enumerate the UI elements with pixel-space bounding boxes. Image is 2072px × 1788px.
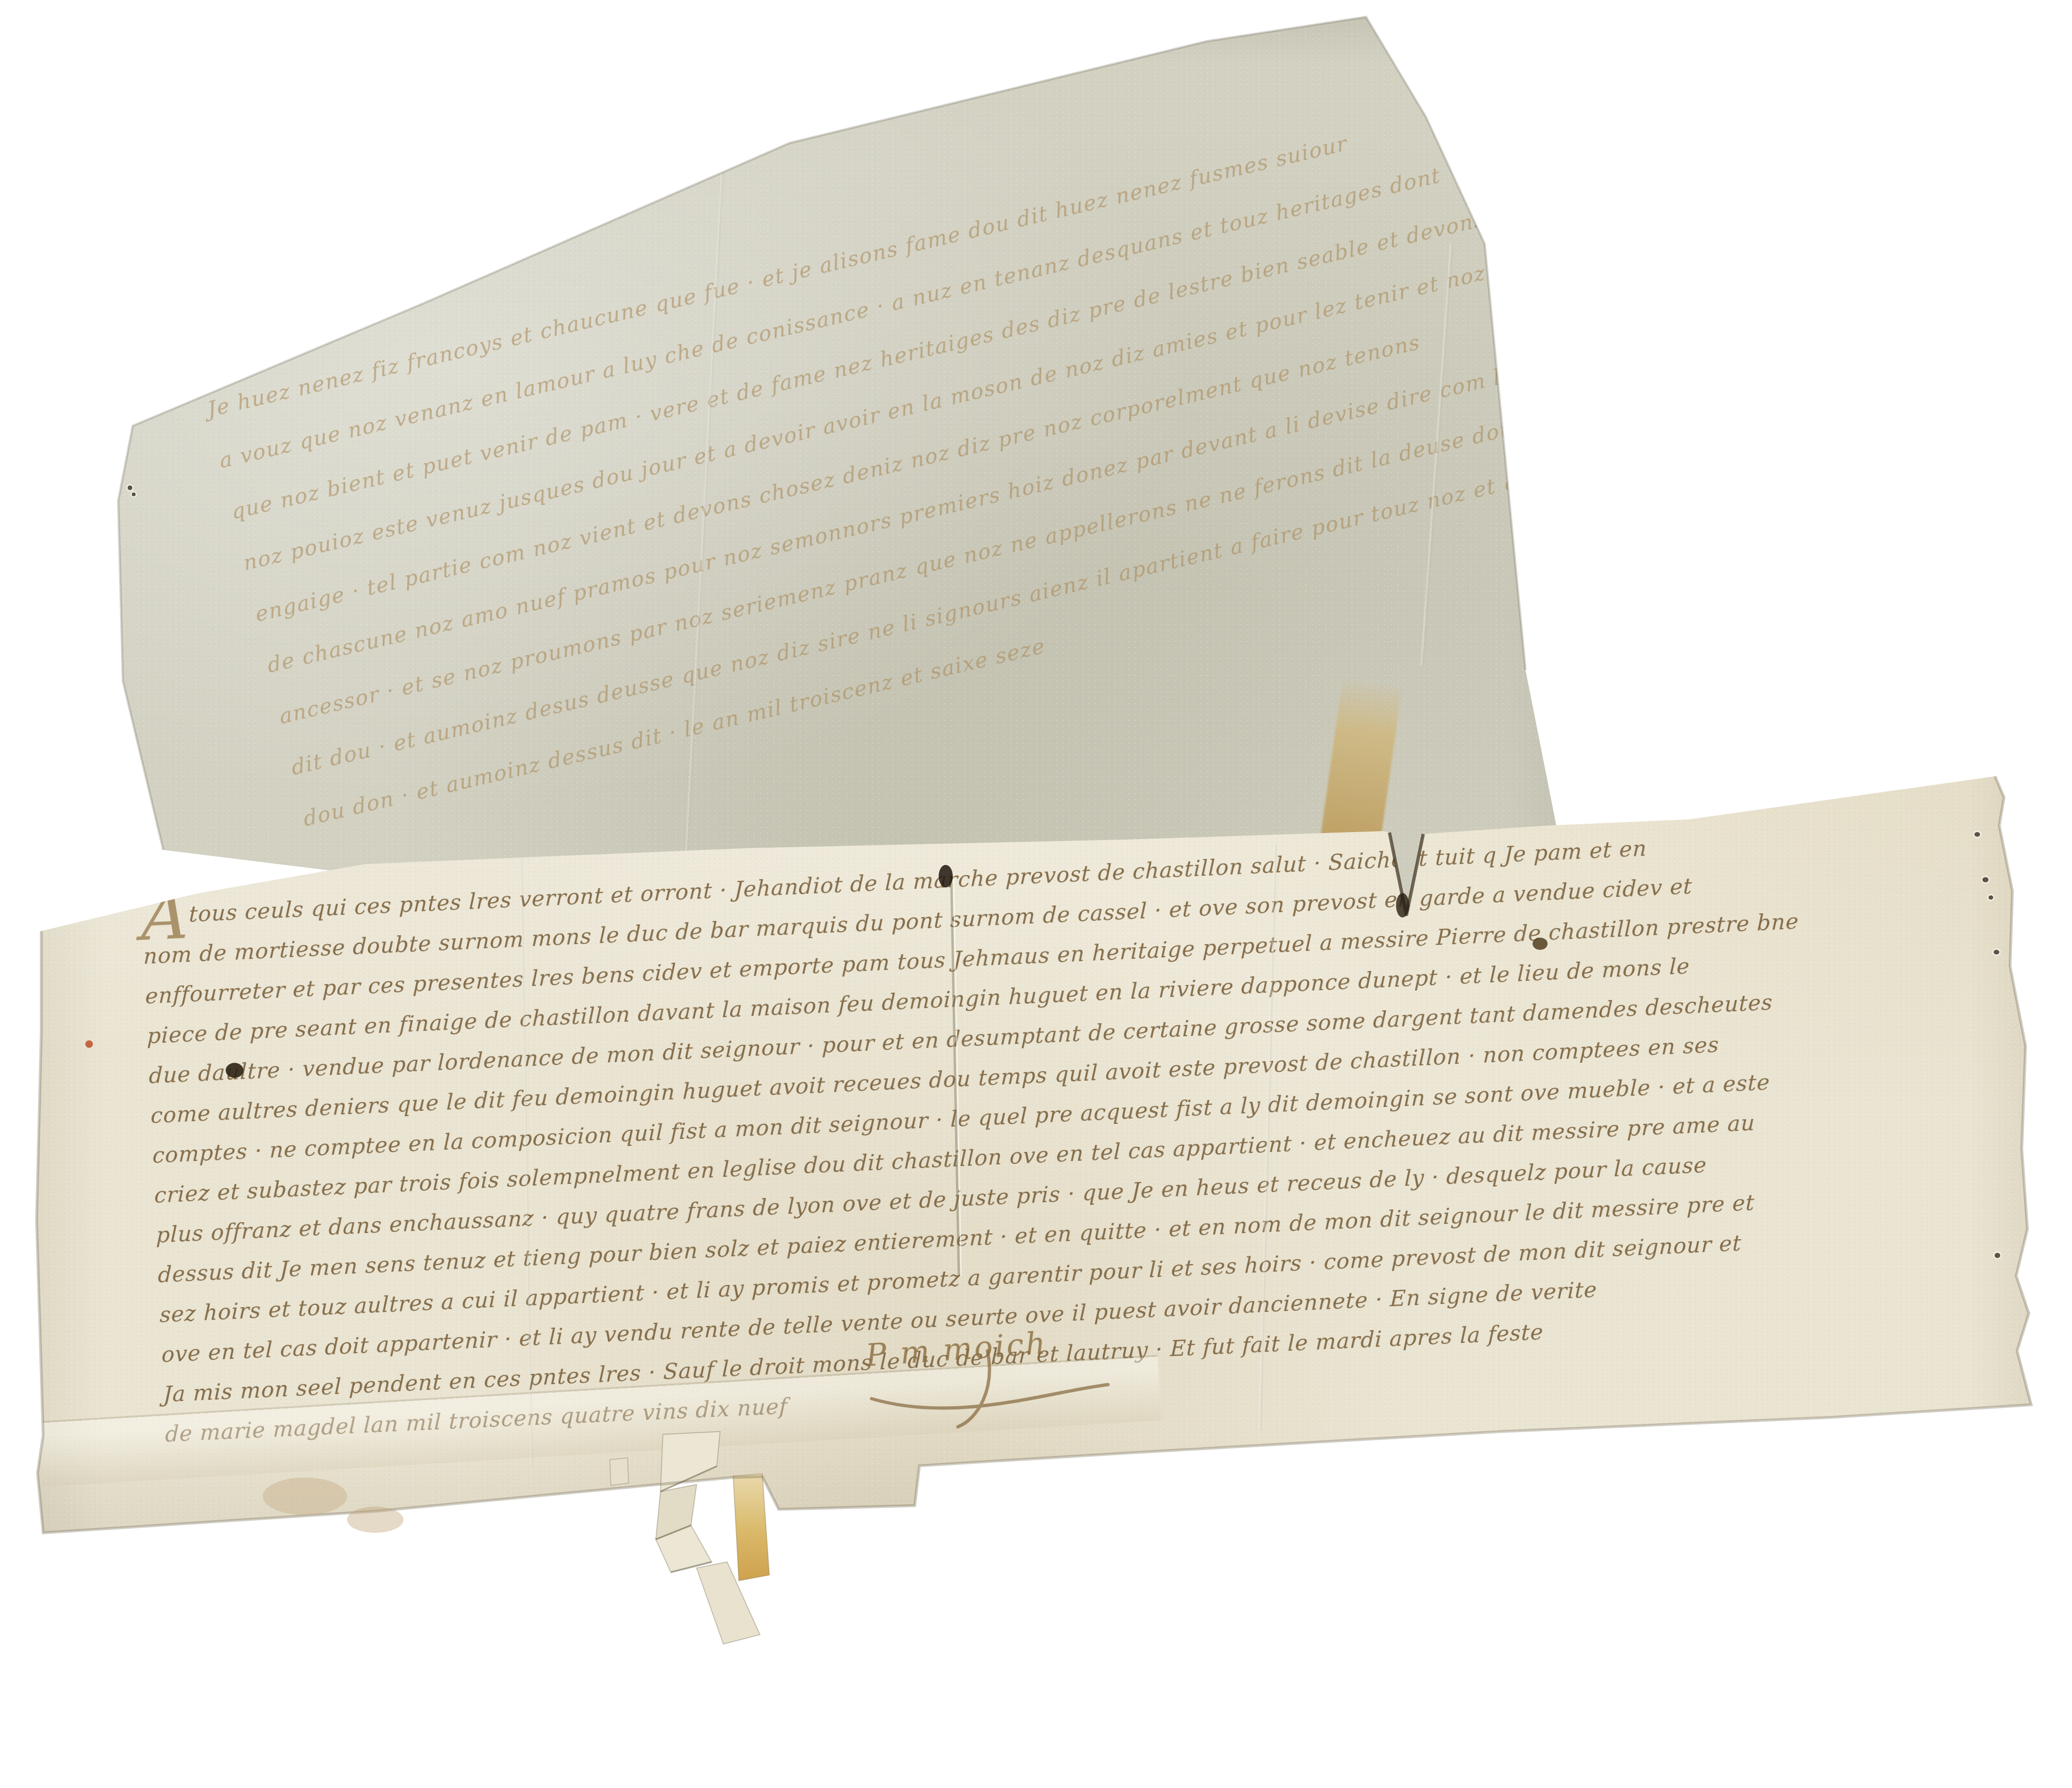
wormhole <box>132 492 136 496</box>
yellow-tape-stain <box>1319 678 1403 859</box>
pendant-seal-tags <box>600 1421 797 1656</box>
wormhole <box>1995 1253 2000 1258</box>
wormhole <box>1982 877 1989 882</box>
photograph-of-two-parchment-charters: 1810 V° Je huez nenez fiz francoys et ch… <box>0 0 2072 1788</box>
wormhole <box>128 485 132 490</box>
seal-tag-stained-strip <box>733 1474 769 1581</box>
wormhole <box>1974 832 1980 837</box>
wormhole <box>1989 895 1993 900</box>
upper-charter-handwriting: Je huez nenez fiz francoys et chaucune q… <box>202 29 1827 845</box>
seal-tag-fold-top <box>660 1432 720 1492</box>
wormhole <box>1994 950 1999 955</box>
seal-tag-stub <box>610 1458 629 1485</box>
